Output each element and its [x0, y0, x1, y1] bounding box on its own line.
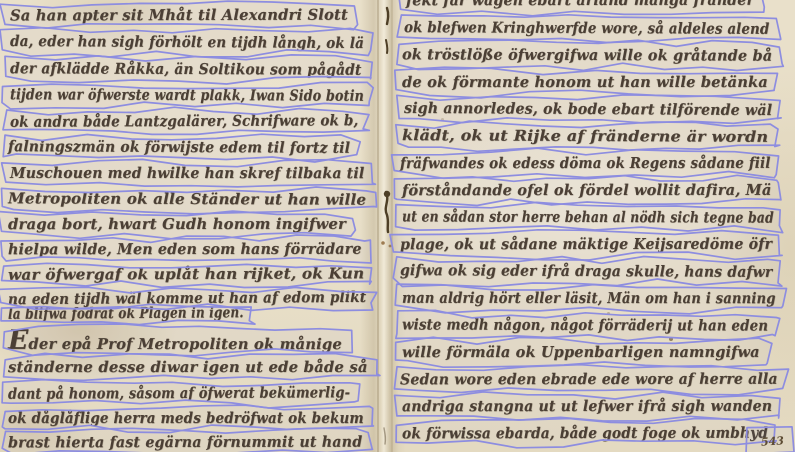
- manuscript-line-text: andriga stangna ut ut lefwer ifrå sigh w…: [402, 399, 772, 414]
- manuscript-line-text: sigh annorledes, ok bode ebart tilförend…: [404, 101, 772, 118]
- manuscript-line-text: da, eder han sigh förhölt en tijdh långh…: [10, 33, 364, 50]
- manuscript-line-text: förståndande ofel ok fördel wollit dafir…: [402, 183, 772, 198]
- manuscript-line-text: Metropoliten ok alle Ständer ut han will…: [8, 191, 366, 207]
- manuscript-line-text: gifwa ok sig eder ifrå draga skulle, han…: [400, 263, 772, 280]
- manuscript-line: brast hierta fast egärna förnummit ut ha…: [8, 430, 366, 452]
- manuscript-line-text: hielpa wilde, Men eden som hans förrädar…: [8, 242, 362, 257]
- manuscript-line-text: ständerne desse diwar igen ut ede både s…: [8, 360, 368, 375]
- manuscript-line-text: man aldrig hört eller läsit, Män om han …: [402, 291, 776, 306]
- manuscript-line: wille förmäla ok Uppenbarligen namngifwa: [402, 339, 764, 366]
- manuscript-scan: Sa han apter sit Mhåt til Alexandri Slot…: [0, 0, 795, 452]
- manuscript-line-text: de ok förmante honom ut han wille betänk…: [402, 75, 768, 90]
- manuscript-line-text: Sedan wore eden ebrade ede wore af herre…: [400, 372, 778, 388]
- manuscript-line: förståndande ofel ok fördel wollit dafir…: [402, 177, 776, 204]
- manuscript-line-text: plage, ok ut sådane mäktige Keijsaredöme…: [400, 237, 772, 252]
- page-number: 543: [761, 434, 785, 449]
- manuscript-line-text: ok tröstlöße öfwergifwa wille ok gråtand…: [402, 47, 772, 63]
- manuscript-line-text: ok dåglåflige herra meds bedröfwat ok be…: [8, 411, 364, 426]
- manuscript-line-text: der afklädde Råkka, än Soltikou som pågå…: [10, 61, 362, 78]
- handwriting-layer: Sa han apter sit Mhåt til Alexandri Slot…: [0, 0, 795, 452]
- manuscript-line-text: fekt får wägen ebart ärland många frände…: [406, 0, 754, 8]
- manuscript-line: ok andra både Lantzgalärer, Schrifware o…: [10, 108, 362, 135]
- manuscript-line-text: fräfwandes ok edess döma ok Regens sådan…: [400, 156, 771, 171]
- manuscript-line-text: ok blefwen Kringhwerfde wore, så aldeles…: [404, 20, 769, 37]
- manuscript-line-text: Sa han apter sit Mhåt til Alexandri Slot…: [10, 7, 348, 23]
- manuscript-line-text: wiste medh någon, något förräderij ut ha…: [402, 317, 768, 333]
- manuscript-line-text: wille förmäla ok Uppenbarligen namngifwa: [402, 345, 760, 360]
- manuscript-line-text: ok förwissa ebarda, både godt foge ok um…: [402, 425, 768, 441]
- manuscript-line-text: tijden war öfwerste wardt plakk, Iwan Si…: [10, 87, 364, 103]
- manuscript-line-text: ut en sådan stor herre behan al nödh sic…: [402, 209, 774, 225]
- manuscript-line-text: war öfwergaf ok uplåt han rijket, ok Kun: [8, 266, 364, 282]
- manuscript-line-text: dant på honom, såsom af öfwerat bekümerl…: [8, 385, 350, 401]
- manuscript-line-text: Muschouen med hwilke han skref tilbaka t…: [10, 166, 364, 181]
- manuscript-line-text: falningszmän ok förwijste edem til fortz…: [8, 139, 350, 156]
- manuscript-line-text: brast hierta fast egärna förnummit ut ha…: [8, 435, 362, 451]
- manuscript-line: ok tröstlöße öfwergifwa wille ok gråtand…: [402, 41, 776, 69]
- manuscript-line-text: draga bort, hwart Gudh honom ingifwer: [8, 217, 346, 232]
- manuscript-line-text: klädt, ok ut Rijke af fränderne är wordn: [402, 128, 768, 145]
- manuscript-line-text: ok andra både Lantzgalärer, Schrifware o…: [10, 113, 358, 130]
